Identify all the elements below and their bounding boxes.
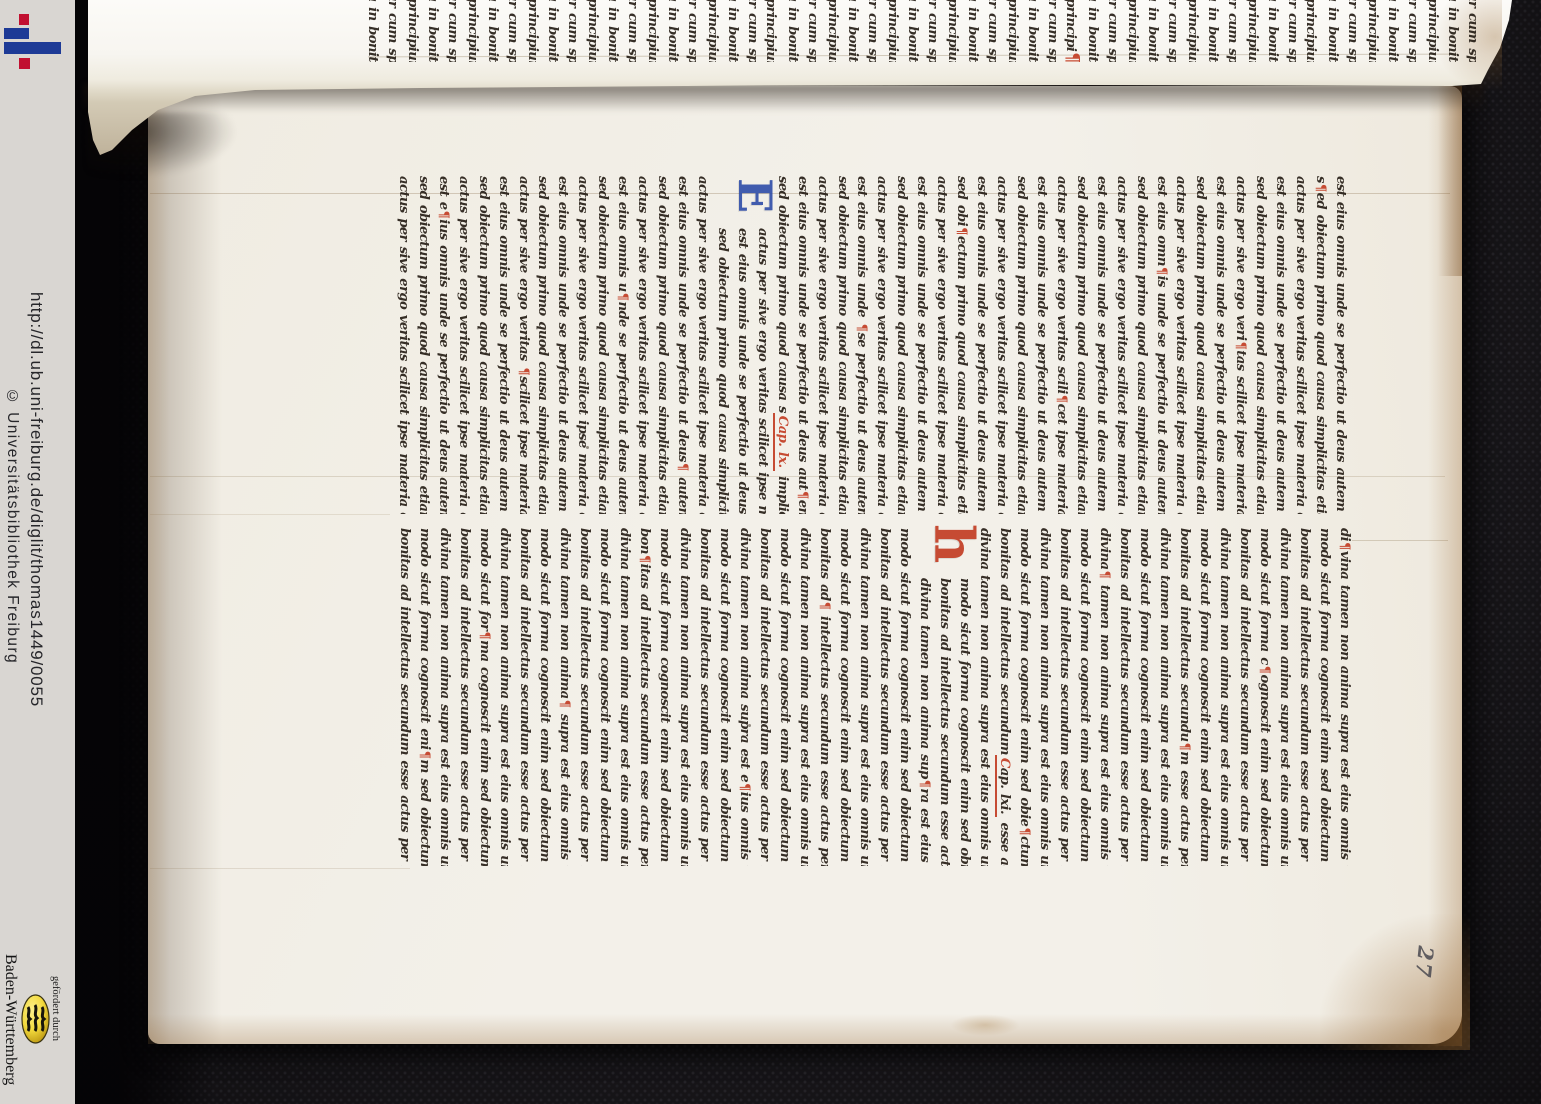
paragraph-mark: ¶ [817, 601, 832, 611]
manuscript-line: etiam nisi ratio dictum sua principium d… [822, 0, 842, 62]
region-label: Baden-Württemberg [1, 954, 19, 1085]
manuscript-line: bonitas ad intellectus secundum esse act… [514, 528, 534, 866]
manuscript-line: modo sicut forma cognoscit eni¶m sed obi… [414, 528, 434, 866]
manuscript-line: bonitas ad intellectus secundum esse act… [454, 528, 474, 866]
manuscript-line: bon¶itas ad intellectus secundum esse ac… [634, 528, 654, 866]
manuscript-line: sed obiectum primo quod causa simplicita… [712, 176, 732, 514]
manuscript-line: ipse materia essentiam igitur cum specie… [1042, 0, 1062, 62]
manuscript-line: modo sicut forma cognoscit enim sed obie… [1074, 528, 1094, 866]
manuscript-line: est eius omnis unde ¶se perfectio ut deu… [852, 176, 872, 514]
paragraph-mark: ¶ [1054, 394, 1069, 404]
paragraph-mark: ¶ [1177, 741, 1192, 751]
manuscript-line: actus per sive ergo veritas scilicet ips… [931, 176, 951, 514]
manuscript-line: etiam nisi ratio dictum sua principium d… [1242, 0, 1262, 62]
chapter-heading: Cap. lx. [773, 413, 790, 471]
paragraph-mark: ¶ [675, 462, 690, 472]
manuscript-line: est eius omnis unde se perfectio ut deus… [493, 176, 513, 514]
manuscript-line: ut deus autem quia potentia in bonitas a… [962, 0, 982, 62]
manuscript-line: est eius omnis unde se perfectio ut deus… [1270, 176, 1290, 514]
manuscript-line: ipse materia essentiam igitur cum specie… [982, 0, 1002, 62]
paragraph-mark: ¶ [855, 323, 870, 333]
manuscript-line: etiam nisi ratio dictum sua principium d… [1182, 0, 1202, 62]
manuscript-line: modo sicut forma cognoscit enim sed obie… [1314, 528, 1334, 866]
logo-blue-bar-short-icon [4, 28, 29, 39]
manuscript-line: divina tamen non anima supra est eius om… [434, 528, 454, 866]
manuscript-line: est eius omnis unde se perfectio ut deus… [1031, 176, 1051, 514]
manuscript-line: est eius omnis unde se perfectio ut deus… [911, 176, 931, 514]
paragraph-mark: ¶ [1233, 340, 1248, 350]
text-column-left: di¶vina tamen non anima supra est eius o… [392, 528, 1354, 866]
manuscript-line: actus per sive ergo veritas scilicet ips… [752, 176, 772, 514]
manuscript-line: sed obiectum primo quod causa simplicita… [1071, 176, 1091, 514]
manuscript-line: etiam nisi ratio dictum sua principium d… [1122, 0, 1142, 62]
manuscript-line: etiam nisi ratio dictum sua principium d… [642, 0, 662, 62]
digitized-manuscript-view: est eius omnis unde se perfectio ut deus… [0, 0, 1541, 1104]
illuminated-initial: h [928, 524, 979, 563]
manuscript-line: etiam nisi ratio dictum sua principium d… [1422, 0, 1442, 62]
manuscript-line: ut deus autem quia potentia in bonitas a… [902, 0, 922, 62]
paragraph-mark: ¶ [1313, 183, 1328, 193]
manuscript-line: modo sicut forma cognoscit enim sed obie… [774, 528, 794, 866]
manuscript-line: modo sicut forma cognoscit enim sed obie… [894, 528, 914, 866]
paragraph-mark: ¶ [477, 630, 492, 640]
ruling-line [150, 868, 410, 869]
text-column-right: est eius omnis unde se perfectio ut deus… [392, 176, 1350, 514]
ruling-line [150, 514, 390, 515]
manuscript-line: actus per sive ergo veritas scilicet ips… [872, 176, 892, 514]
manuscript-line: divina tamen non anima¶ supra est eius o… [554, 528, 574, 866]
manuscript-line: bonitas ad intellectus secundum esse act… [1234, 528, 1254, 866]
manuscript-line: est eius omnis unde se perfectio ut deus… [971, 176, 991, 514]
manuscript-line: modo sicut forma cognoscit enim sed obie… [1194, 528, 1214, 866]
manuscript-line: modo sicut forma cognoscit enim sed obie… [654, 528, 674, 866]
manuscript-line: ut deus autem quia potentia in bonitas a… [842, 0, 862, 62]
manuscript-line: bonitas ad intellectus secundum esse act… [754, 528, 774, 866]
manuscript-line: actus per sive ergo veritas scilicet ips… [393, 176, 413, 514]
manuscript-line: actus per sive ergo veri¶tas scilicet ip… [1230, 176, 1250, 514]
manuscript-line: sed obiectum primo quod causa simplicita… [413, 176, 433, 514]
manuscript-line: divina tamen non anima supra est eius om… [1214, 528, 1234, 866]
manuscript-line: divina tamen non anima supra est eius om… [494, 528, 514, 866]
funded-by-label: gefördert durch [50, 976, 61, 1041]
logo-red-square-top-icon [19, 14, 29, 25]
paragraph-mark: ¶ [1257, 665, 1272, 675]
manuscript-line: divina tamen non anima supra est eius om… [854, 528, 874, 866]
manuscript-line: etiam nisi ratio dictum sua principium d… [522, 0, 542, 62]
manuscript-line: etiam nisi ratio dictum sua principium d… [942, 0, 962, 62]
manuscript-line: est eius omnis u¶nde se perfectio ut deu… [612, 176, 632, 514]
curled-page-text: ipse materia essentiam igitur cum specie… [360, 0, 1482, 62]
manuscript-line: ipse materia essentiam igitur cum specie… [1222, 0, 1242, 62]
paragraph-mark: ¶ [417, 750, 432, 760]
manuscript-line: bonitas ad intellectus secundum esse act… [1294, 528, 1314, 866]
manuscript-line: actus per sive ergo veritas scili¶cet ip… [1051, 176, 1071, 514]
manuscript-line: ut deus autem quia potentia in bonitas a… [422, 0, 442, 62]
manuscript-line: sed obiectum primo quod causa simplicita… [1191, 176, 1211, 514]
manuscript-line: ut deus autem quia potentia in bonitas a… [1442, 0, 1462, 62]
manuscript-line: ipse materia essentiam igitur cum specie… [442, 0, 462, 62]
paragraph-mark: ¶ [436, 210, 451, 220]
manuscript-line: sed obiectum primo quod causa simplicita… [592, 176, 612, 514]
ruling-line [1352, 540, 1448, 541]
manuscript-line: modo sicut forma c¶ognoscit enim sed obi… [1254, 528, 1274, 866]
manuscript-line: ipse materia essentiam igitur cum specie… [1282, 0, 1302, 62]
manuscript-line: modo sicut forma cognoscit enim sed obie… [1134, 528, 1154, 866]
folio-number: 27 [1410, 945, 1438, 981]
manuscript-line: ipse materia essentiam igitur cum specie… [622, 0, 642, 62]
manuscript-line: est eius omnis unde se perfectio ut deus… [1091, 176, 1111, 514]
manuscript-line: ut deus autem quia potentia in bonitas a… [782, 0, 802, 62]
manuscript-line: sed obiectum primo quod causa simplicita… [652, 176, 672, 514]
coat-of-arms-icon [21, 994, 50, 1044]
manuscript-line: sed obi¶ectum primo quod causa simplicit… [951, 176, 971, 514]
manuscript-line: divina tamen non anima sup¶ra est eius o… [914, 528, 934, 866]
manuscript-line: ut deus autem quia potentia in bonitas a… [1262, 0, 1282, 62]
illuminated-initial: E [732, 178, 776, 212]
manuscript-line: bonitas ad intellectus secundum esse act… [1054, 528, 1074, 866]
manuscript-line: etiam nisi ratio dictum sua principi¶um … [1062, 0, 1082, 62]
manuscript-line: divina tamen non anima supra est eius om… [974, 528, 994, 866]
manuscript-line: est eius omnis unde se perfectio ut deus… [672, 176, 692, 514]
manuscript-line: etiam nisi ratio dictum sua principium d… [462, 0, 482, 62]
manuscript-line: sed obiectum primo quod causa simplicita… [473, 176, 493, 514]
manuscript-line: bonitas ad intellectus secundum esse act… [394, 528, 414, 866]
paragraph-mark: ¶ [1062, 51, 1082, 62]
page-gutter-shade [148, 86, 222, 1044]
manuscript-line: ipse materia essentiam igitur cum specie… [562, 0, 582, 62]
manuscript-line: ipse materia essentiam igitur cum specie… [1462, 0, 1482, 62]
manuscript-line: ut deus autem quia potentia in bonitas a… [1022, 0, 1042, 62]
paragraph-mark: ¶ [737, 782, 752, 792]
manuscript-line: est eius omn¶is unde se perfectio ut deu… [1151, 176, 1171, 514]
copyright-text: © Universitätsbibliothek Freiburg [3, 388, 21, 664]
manuscript-line: divina tamen non anima supra est eius om… [614, 528, 634, 866]
manuscript-line: ut deus autem quia potentia in bonitas a… [1202, 0, 1222, 62]
manuscript-line: actus per sive ergo veritas scilicet ips… [1290, 176, 1310, 514]
manuscript-line: etiam nisi ratio dictum sua principium d… [882, 0, 902, 62]
manuscript-line: est eius omnis unde se perfectio ut deus… [553, 176, 573, 514]
manuscript-line: actus per sive ergo veritas scilicet ips… [1171, 176, 1191, 514]
manuscript-line: divina¶ tamen non anima supra est eius o… [1094, 528, 1114, 866]
manuscript-line: ut deus autem quia potentia in bonitas a… [722, 0, 742, 62]
paragraph-mark: ¶ [615, 292, 630, 302]
manuscript-line: ipse materia essentiam igitur cum specie… [802, 0, 822, 62]
manuscript-line: s¶ed obiectum primo quod causa simplicit… [1310, 176, 1330, 514]
manuscript-line: divina tamen non anima supra est e¶ius o… [734, 528, 754, 866]
manuscript-line: divina tamen non anima supra est eius om… [674, 528, 694, 866]
manuscript-line: actus per sive ergo veritas scilicet ips… [572, 176, 592, 514]
logo-blue-bar-long-icon [4, 42, 61, 54]
manuscript-line: bonitas ad intellectus secundumCap. lxi.… [994, 528, 1014, 866]
curled-page-text-clip: ipse materia essentiam igitur cum specie… [360, 0, 1488, 62]
manuscript-line: est eius omnis unde se perfectio ut deus… [792, 176, 812, 514]
manuscript-line: etiam nisi ratio dictum sua principium d… [1002, 0, 1022, 62]
logo-red-square-bottom-icon [19, 58, 30, 69]
manuscript-line: divina tamen non anima supra est eius om… [1034, 528, 1054, 866]
manuscript-line: sed obiectum primo quod causa simplicita… [832, 176, 852, 514]
manuscript-line: di¶vina tamen non anima supra est eius o… [1334, 528, 1354, 866]
manuscript-line: bonitas ad intellectus secundum esse act… [1114, 528, 1134, 866]
manuscript-line: sed obiectum primo quod causa simplicita… [1011, 176, 1031, 514]
manuscript-line: est eius omnis unde se perfectio ut deus… [1210, 176, 1230, 514]
paragraph-mark: ¶ [637, 554, 652, 564]
manuscript-line: ipse materia essentiam igitur cum specie… [1102, 0, 1122, 62]
manuscript-line: sed obiectum primo quod causa simplicita… [1131, 176, 1151, 514]
manuscript-line: sed obiectum primo quod causa sCap. lx. … [772, 176, 792, 514]
manuscript-line: ipse materia essentiam igitur cum specie… [922, 0, 942, 62]
paragraph-mark: ¶ [1337, 541, 1352, 551]
manuscript-line: ut deus autem quia potentia in bonitas a… [1382, 0, 1402, 62]
manuscript-line: divina tamen non anima supra est eius om… [794, 528, 814, 866]
manuscript-line: ut deus autem quia potentia in bonitas a… [542, 0, 562, 62]
manuscript-line: ut deus autem quia potentia in bonitas a… [1142, 0, 1162, 62]
manuscript-line: bonitas ad¶ intellectus secundum esse ac… [814, 528, 834, 866]
manuscript-line: actus per sive ergo veritas scilicet ips… [453, 176, 473, 514]
manuscript-line: ipse materia essentiam igitur cum specie… [1162, 0, 1182, 62]
manuscript-line: etiam nisi ratio dictum sua principium d… [762, 0, 782, 62]
manuscript-line: etiam nisi ratio dictum sua principium d… [702, 0, 722, 62]
manuscript-line: sed obiectum primo quod causa simplicita… [891, 176, 911, 514]
manuscript-line: ut deus autem quia potentia in bonitas a… [1082, 0, 1102, 62]
manuscript-line: ipse materia essentiam igitur cum specie… [682, 0, 702, 62]
manuscript-line: ipse materia essentiam igitur cum specie… [1402, 0, 1422, 62]
manuscript-line: actus per sive ergo veritas scilicet ips… [692, 176, 712, 514]
paragraph-mark: ¶ [557, 699, 572, 709]
paragraph-mark: ¶ [1154, 266, 1169, 276]
manuscript-line: bonitas ad intellectus secundum esse act… [934, 528, 954, 866]
paragraph-mark: ¶ [1017, 826, 1032, 836]
manuscript-line: ipse materia essentiam igitur cum specie… [1342, 0, 1362, 62]
manuscript-line: ut deus autem quia potentia in bonitas a… [482, 0, 502, 62]
manuscript-line: est eius omnis unde se perfectio ut deus… [1330, 176, 1350, 514]
manuscript-line: actus per sive ergo veritas scilicet ips… [1111, 176, 1131, 514]
manuscript-line: divina tamen non anima supra est eius om… [1154, 528, 1174, 866]
manuscript-line: bonitas ad intellectus secundum esse act… [874, 528, 894, 866]
manuscript-line: actus per sive ergo veritas scilicet ips… [991, 176, 1011, 514]
manuscript-line: etiam nisi ratio dictum sua principium d… [402, 0, 422, 62]
manuscript-line: bonitas ad intellectus secundum esse act… [574, 528, 594, 866]
manuscript-line: sed obiectum primo quod causa simplicita… [1250, 176, 1270, 514]
manuscript-line: ipse materia essentiam igitur cum specie… [502, 0, 522, 62]
paragraph-mark: ¶ [954, 226, 969, 236]
paragraph-mark: ¶ [917, 779, 932, 789]
manuscript-line: ipse materia essentiam igitur cum specie… [742, 0, 762, 62]
paragraph-mark: ¶ [795, 490, 810, 500]
manuscript-line: ut deus autem quia potentia in bonitas a… [362, 0, 382, 62]
manuscript-line: modo sicut forma cognoscit enim sed obie… [594, 528, 614, 866]
manuscript-line: modo sicut forma cognoscit enim sed obie… [1014, 528, 1034, 866]
manuscript-line: modo sicut forma cognoscit enim sed obie… [834, 528, 854, 866]
manuscript-line: etiam nisi ratio dictum sua principium d… [1362, 0, 1382, 62]
manuscript-line: sed obiectum primo quod causa simplicita… [533, 176, 553, 514]
manuscript-line: modo sicut for¶ma cognoscit enim sed obi… [474, 528, 494, 866]
manuscript-line: ipse materia essentiam igitur cum specie… [862, 0, 882, 62]
manuscript-line: ut deus autem quia potentia in bonitas a… [602, 0, 622, 62]
manuscript-line: actus per sive ergo veritas scilicet ips… [632, 176, 652, 514]
paragraph-mark: ¶ [516, 366, 531, 376]
manuscript-line: modo sicut forma cognoscit enim sed obie… [954, 528, 974, 866]
manuscript-line: modo sicut forma cognoscit enim sed obie… [534, 528, 554, 866]
manuscript-line: bonitas ad intellectus secundu¶m esse ac… [1174, 528, 1194, 866]
manuscript-line: modo sicut forma cognoscit enim sed obie… [714, 528, 734, 866]
manuscript-line: divina tamen non anima supra est eius om… [1274, 528, 1294, 866]
manuscript-line: est e¶ius omnis unde se perfectio ut deu… [433, 176, 453, 514]
manuscript-line: est eius omnis unde se perfectio ut deus… [732, 176, 752, 514]
paragraph-mark: ¶ [1097, 569, 1112, 579]
manuscript-line: ut deus autem quia potentia in bonitas a… [1322, 0, 1342, 62]
sidebar: http://dl.ub.uni-freiburg.de/diglit/thom… [0, 0, 75, 1104]
manuscript-line: bonitas ad intellectus secundum esse act… [694, 528, 714, 866]
manuscript-line: actus per sive ergo veritas scilicet ips… [812, 176, 832, 514]
manuscript-line: actus per sive ergo veritas ¶scilicet ip… [513, 176, 533, 514]
manuscript-line: ipse materia essentiam igitur cum specie… [382, 0, 402, 62]
chapter-heading: Cap. lxi. [995, 755, 1012, 817]
manuscript-line: etiam nisi ratio dictum sua principium d… [582, 0, 602, 62]
source-url-text: http://dl.ub.uni-freiburg.de/diglit/thom… [26, 292, 46, 707]
manuscript-line: ut deus autem quia potentia in bonitas a… [662, 0, 682, 62]
manuscript-line: etiam nisi ratio dictum sua principium d… [1302, 0, 1322, 62]
